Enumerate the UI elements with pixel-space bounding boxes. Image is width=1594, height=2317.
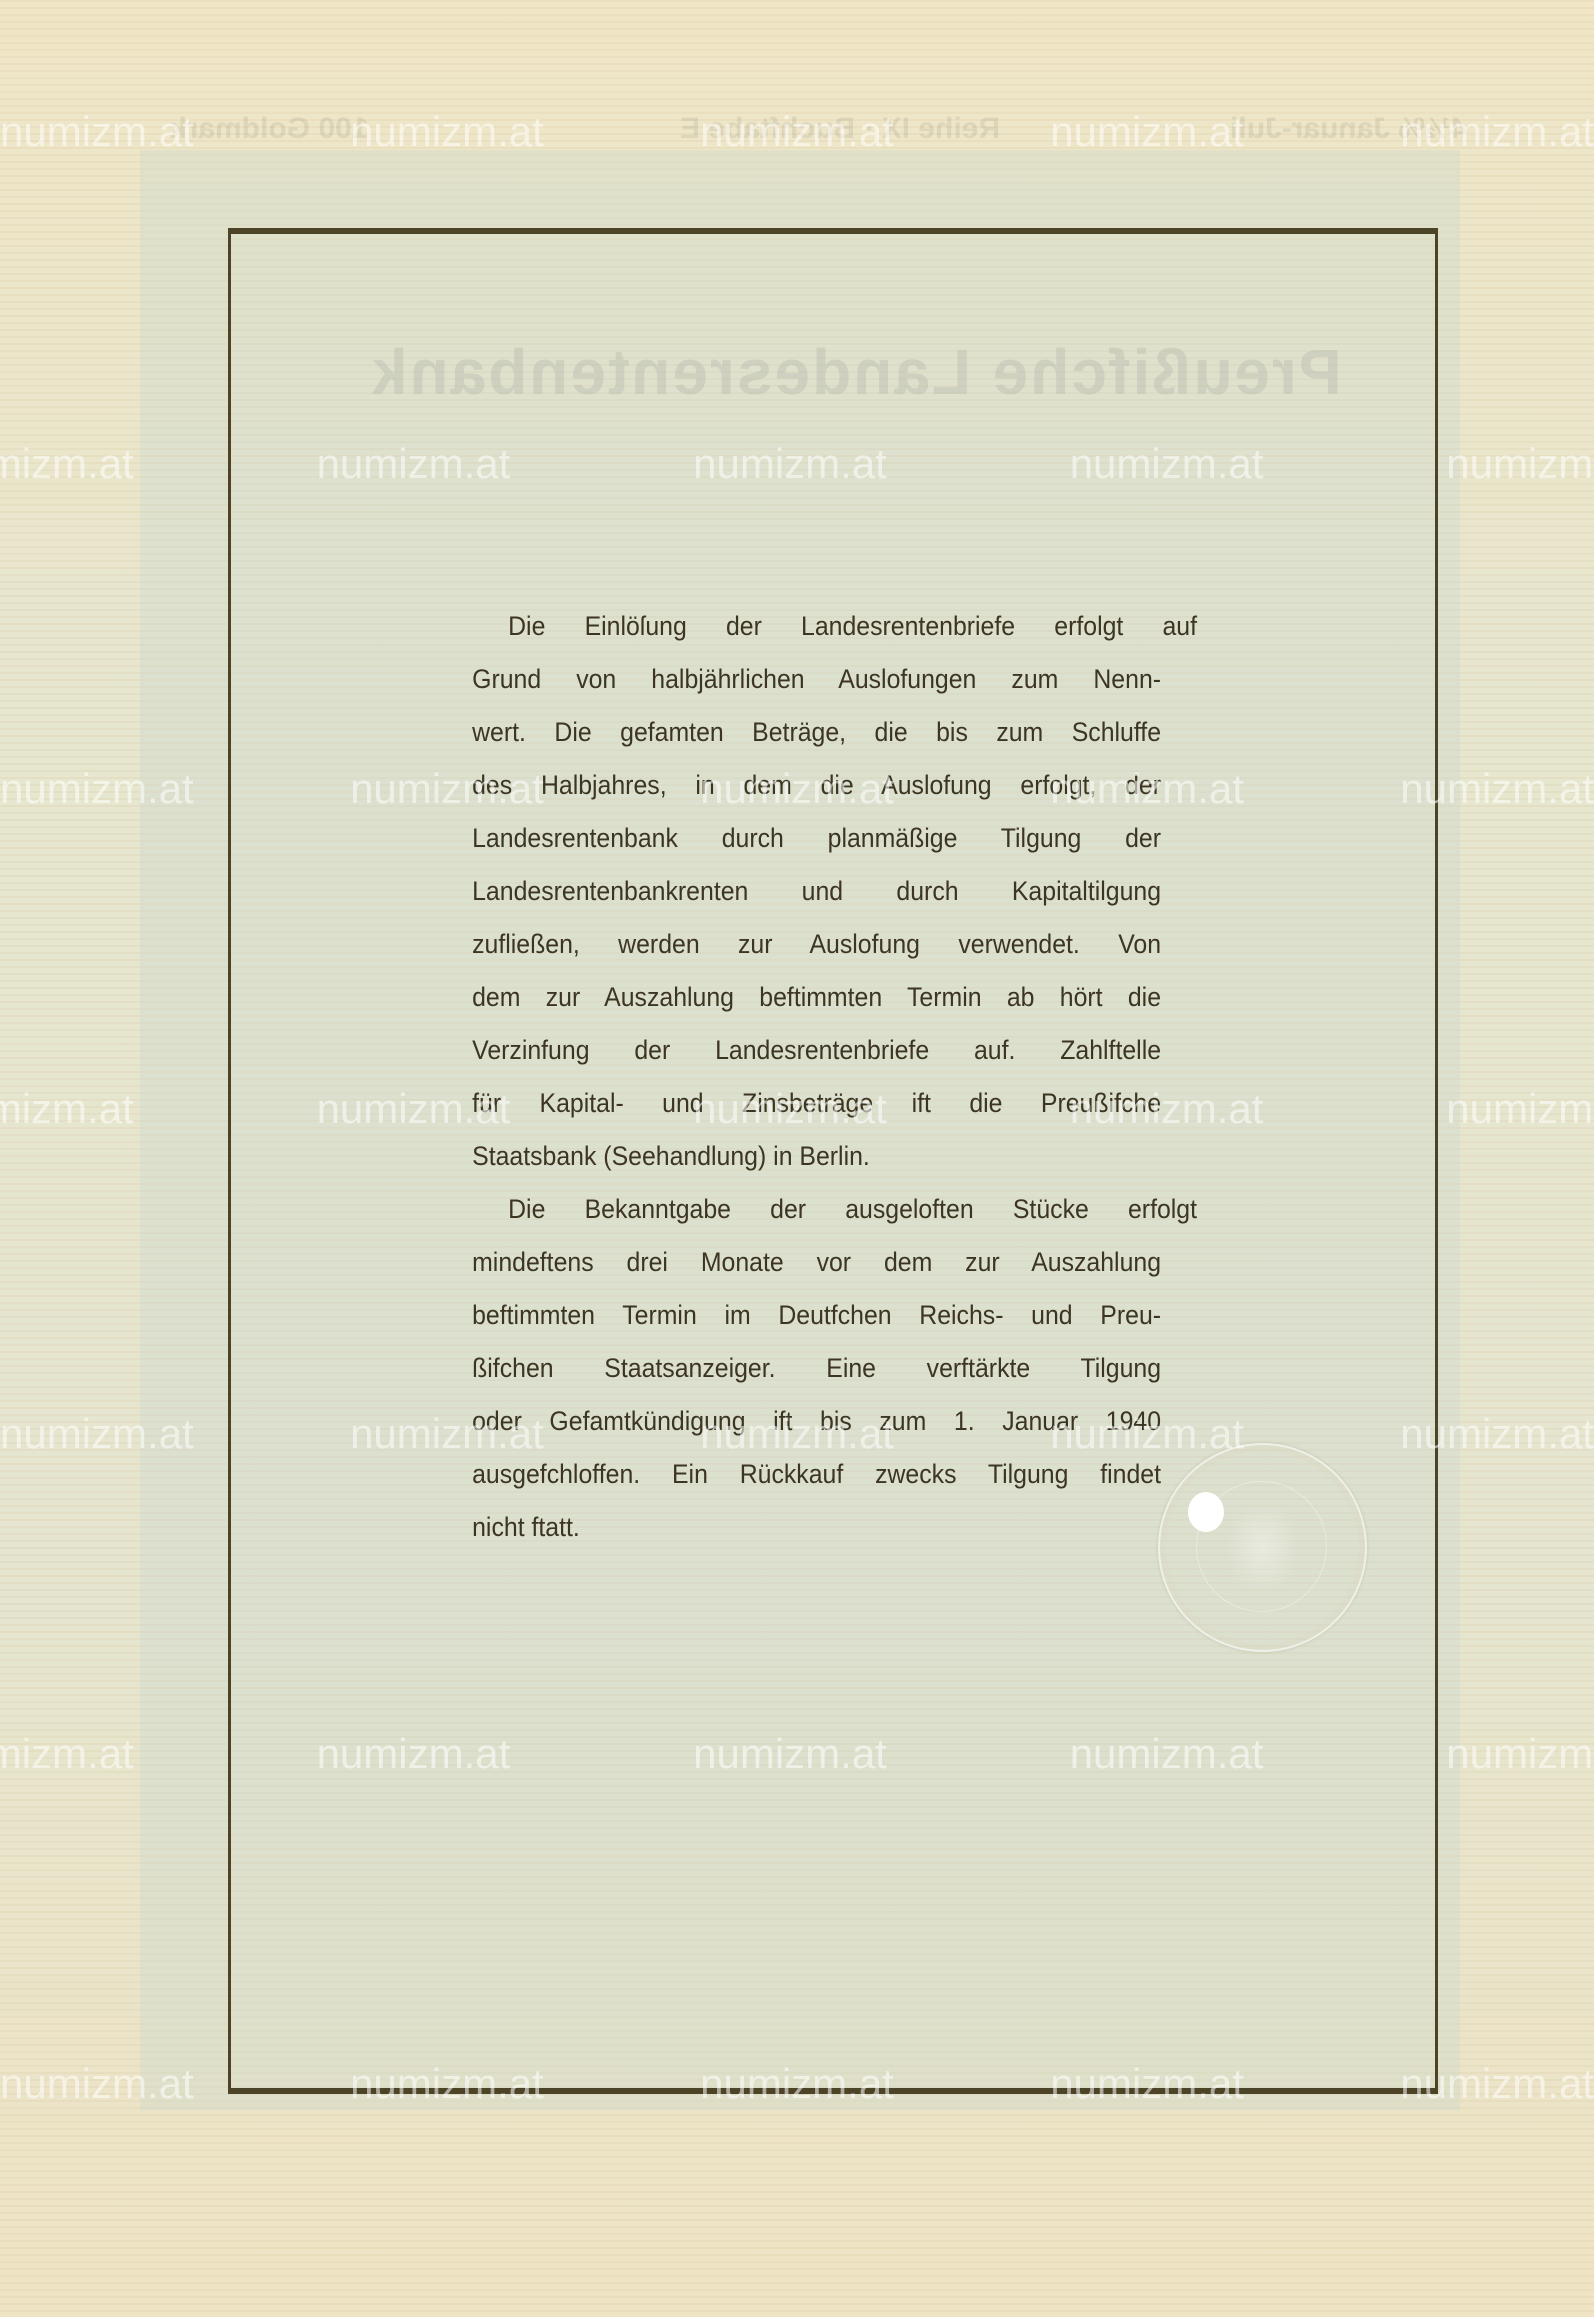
text-line: Staatsbank (Seehandlung) in Berlin. bbox=[439, 1130, 1161, 1183]
text-line: für Kapital- und Zinsbeträge ift die Pre… bbox=[439, 1077, 1161, 1130]
text-line: beftimmten Termin im Deutfchen Reichs- u… bbox=[439, 1289, 1161, 1342]
show-through-coupon: 4½% Januar-Juli bbox=[1230, 112, 1467, 146]
text-line: mindeftens drei Monate vor dem zur Ausza… bbox=[439, 1236, 1161, 1289]
text-line: Verzinfung der Landesrentenbriefe auf. Z… bbox=[439, 1024, 1161, 1077]
eagle-icon bbox=[1225, 1500, 1300, 1595]
text-line: Die Einlöſung der Landesrentenbriefe erf… bbox=[475, 600, 1197, 653]
text-line: oder Gefamtkündigung ift bis zum 1. Janu… bbox=[439, 1395, 1161, 1448]
text-line: Die Bekanntgabe der ausgeloften Stücke e… bbox=[475, 1183, 1197, 1236]
terms-text: Die Einlöſung der Landesrentenbriefe erf… bbox=[475, 600, 1197, 1554]
punch-hole bbox=[1188, 1492, 1224, 1532]
text-line: Grund von halbjährlichen Auslofungen zum… bbox=[439, 653, 1161, 706]
text-line: ausgefchloffen. Ein Rückkauf zwecks Tilg… bbox=[439, 1448, 1161, 1501]
text-line: dem zur Auszahlung beftimmten Termin ab … bbox=[439, 971, 1161, 1024]
embossed-eagle-seal-icon bbox=[1158, 1443, 1367, 1652]
text-line: zufließen, werden zur Auslofung verwende… bbox=[439, 918, 1161, 971]
text-line: ßifchen Staatsanzeiger. Eine verftärkte … bbox=[439, 1342, 1161, 1395]
text-line: Landesrentenbankrenten und durch Kapital… bbox=[439, 865, 1161, 918]
paragraph-redemption: Die Einlöſung der Landesrentenbriefe erf… bbox=[475, 600, 1197, 1183]
text-line: Landesrentenbank durch planmäßige Tilgun… bbox=[439, 812, 1161, 865]
show-through-series: Reihe IX · Buchftabe E bbox=[680, 112, 1000, 146]
show-through-denomination: 100 Goldmark bbox=[170, 112, 368, 146]
paragraph-announcement: Die Bekanntgabe der ausgeloften Stücke e… bbox=[475, 1183, 1197, 1554]
text-line: des Halbjahres, in dem die Auslofung erf… bbox=[439, 759, 1161, 812]
text-line: nicht ftatt. bbox=[439, 1501, 1161, 1554]
text-line: wert. Die gefamten Beträge, die bis zum … bbox=[439, 706, 1161, 759]
